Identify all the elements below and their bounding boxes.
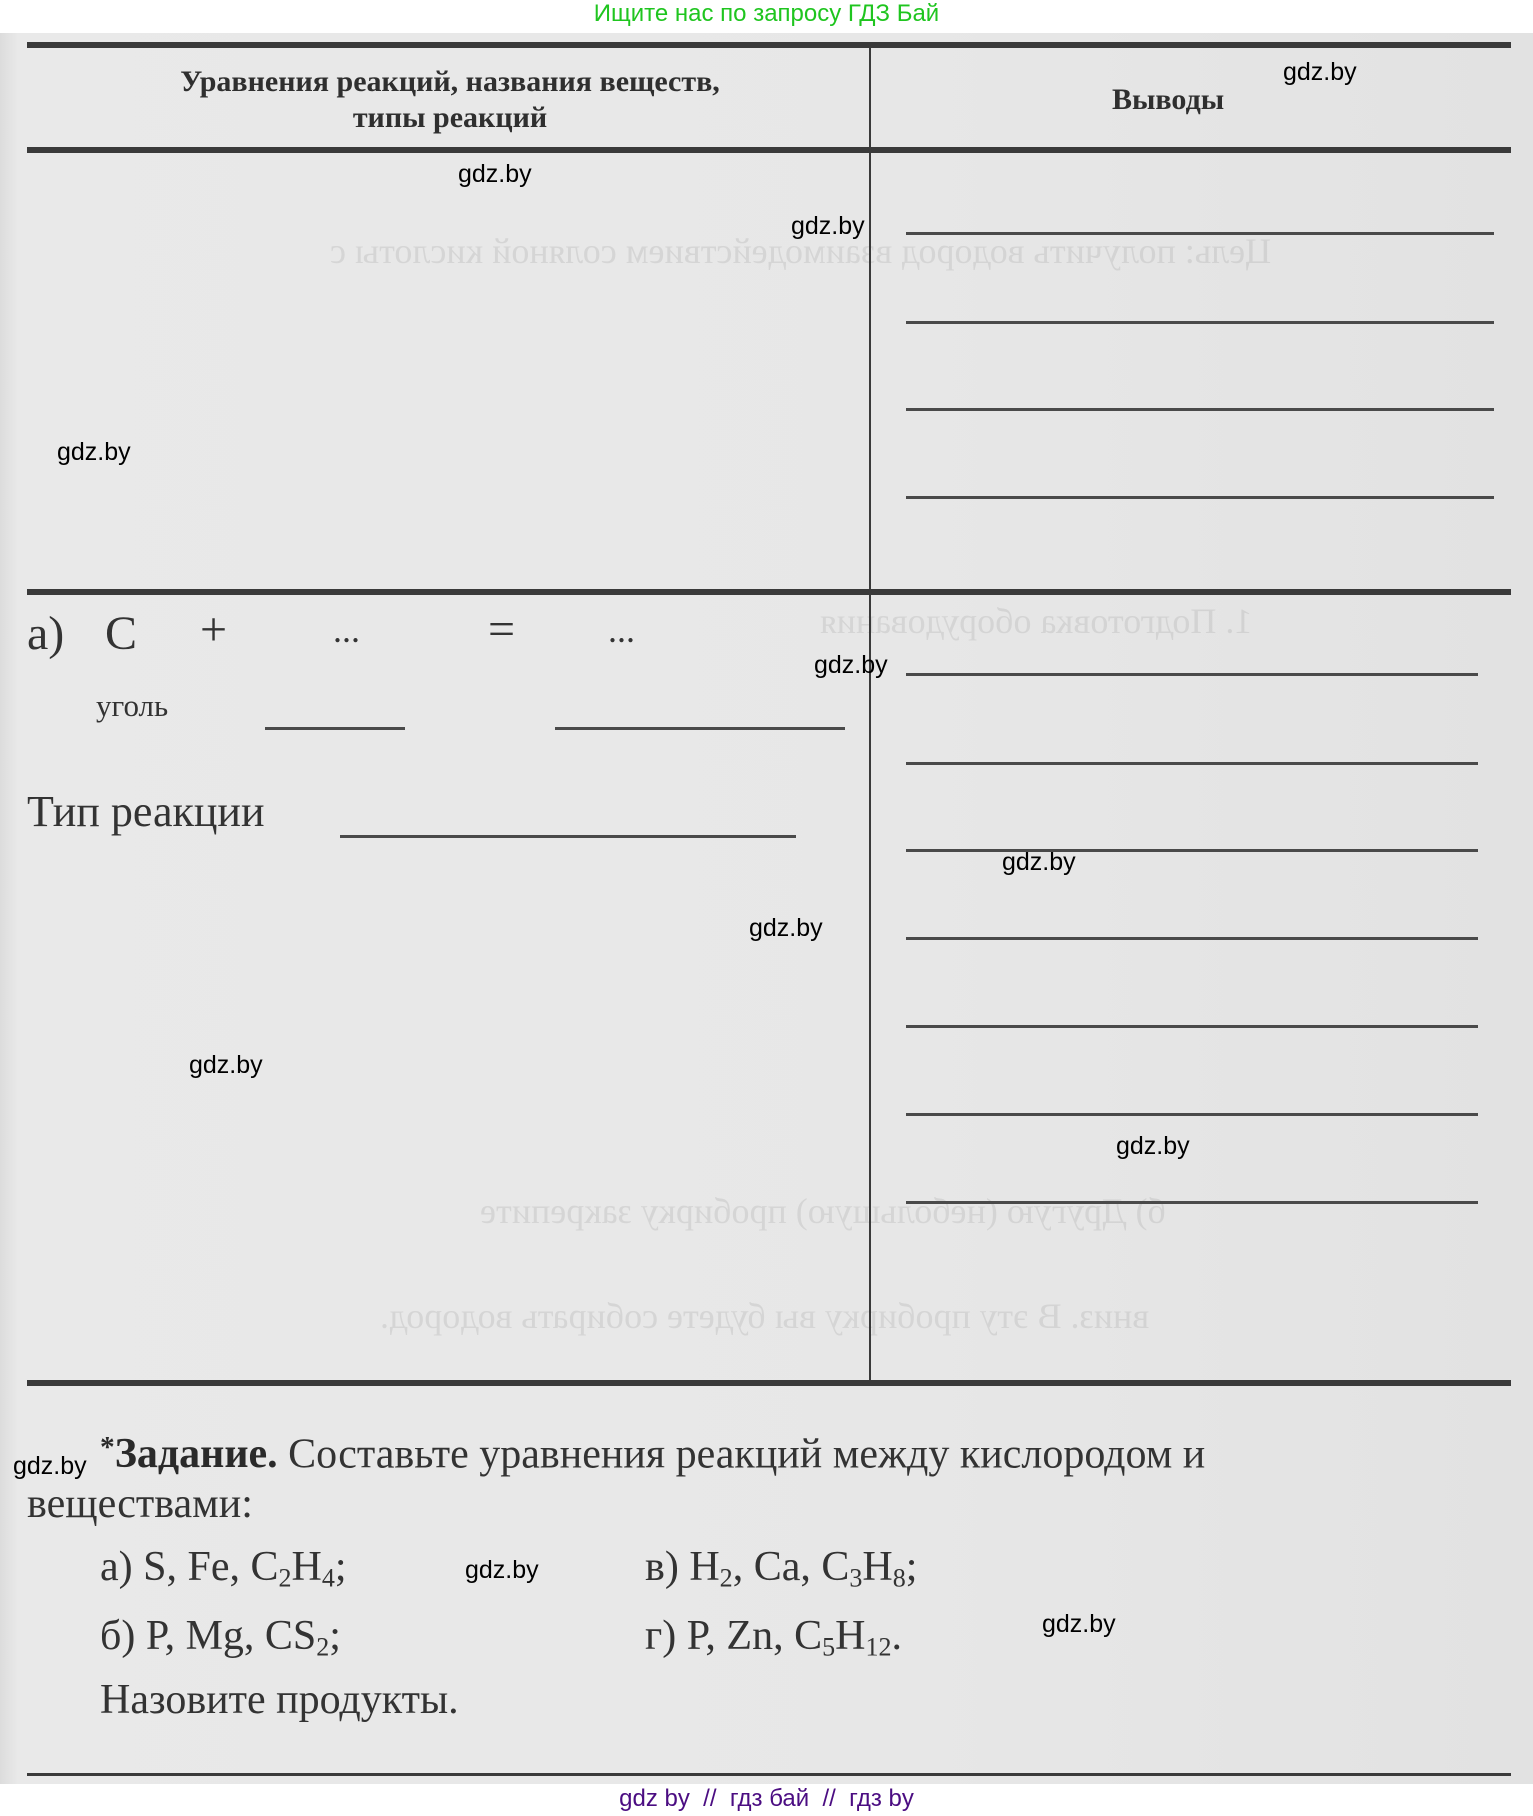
task-title: Задание.: [115, 1431, 278, 1477]
task-item-label: г): [645, 1613, 676, 1659]
watermark: gdz.by: [458, 160, 532, 188]
conclusion-answer-line[interactable]: [906, 321, 1494, 324]
watermark: gdz.by: [791, 212, 865, 240]
task-item-formula: S, Fe, C2H4;: [143, 1544, 346, 1590]
task-text-line-1: Составьте уравнения реакций между кислор…: [288, 1431, 1205, 1477]
watermark: gdz.by: [749, 914, 823, 942]
reaction-type-blank[interactable]: [340, 835, 796, 838]
equation-second-reactant: ...: [333, 604, 360, 656]
table-top-rule: [27, 42, 1511, 48]
equation-product: ...: [608, 604, 635, 656]
table-bottom-rule: [27, 1380, 1511, 1386]
header-line-2: типы реакций: [60, 100, 840, 136]
equation-reactant: C: [105, 608, 137, 660]
conclusion-answer-line[interactable]: [906, 1113, 1478, 1116]
task-item-label: б): [100, 1613, 135, 1659]
conclusion-answer-line[interactable]: [906, 232, 1494, 235]
watermark: gdz.by: [1283, 58, 1357, 86]
header-bottom-rule: [27, 147, 1511, 153]
conclusion-answer-line[interactable]: [906, 1201, 1478, 1204]
reactant-name: уголь: [96, 688, 168, 724]
watermark: gdz.by: [1042, 1610, 1116, 1638]
task-item-a: а) S, Fe, C2H4;: [100, 1543, 347, 1591]
watermark: gdz.by: [1116, 1132, 1190, 1160]
task-item-label: а): [100, 1544, 133, 1590]
conclusion-answer-line[interactable]: [906, 673, 1478, 676]
reaction-type-label: Тип реакции: [27, 786, 265, 838]
search-banner: Ищите нас по запросу ГДЗ Бай: [0, 0, 1533, 33]
task-closing: Назовите продукты.: [100, 1676, 459, 1724]
section-rule: [27, 589, 1511, 595]
header-line-1: Уравнения реакций, названия веществ,: [60, 64, 840, 100]
watermark: gdz.by: [57, 438, 131, 466]
task-item-v: в) H2, Ca, C3H8;: [645, 1543, 917, 1591]
watermark: gdz.by: [814, 651, 888, 679]
reactant-name-blank[interactable]: [265, 727, 405, 730]
equation-label: а): [27, 608, 64, 660]
task-item-g: г) P, Zn, C5H12.: [645, 1612, 902, 1660]
task-item-formula: H2, Ca, C3H8;: [689, 1544, 917, 1590]
task-star: *: [100, 1432, 115, 1464]
conclusion-answer-line[interactable]: [906, 849, 1478, 852]
conclusion-answer-line[interactable]: [906, 496, 1494, 499]
conclusion-answer-line[interactable]: [906, 1025, 1478, 1028]
column-header-conclusions: Выводы: [1112, 82, 1224, 118]
task-paragraph: *Задание. Составьте уравнения реакций ме…: [100, 1424, 1205, 1478]
footer-watermark: gdz by // гдз бай // гдз by: [0, 1784, 1533, 1816]
equation-plus: +: [200, 604, 227, 656]
product-name-blank[interactable]: [555, 727, 845, 730]
column-header-equations: Уравнения реакций, названия веществ, тип…: [60, 64, 840, 136]
watermark: gdz.by: [13, 1452, 87, 1480]
task-item-label: в): [645, 1544, 679, 1590]
conclusion-answer-line[interactable]: [906, 408, 1494, 411]
task-item-b: б) P, Mg, CS2;: [100, 1612, 341, 1660]
conclusion-answer-line[interactable]: [906, 937, 1478, 940]
conclusion-answer-line[interactable]: [906, 762, 1478, 765]
task-item-formula: P, Zn, C5H12.: [687, 1613, 902, 1659]
equation-equals: =: [488, 604, 515, 656]
watermark: gdz.by: [189, 1051, 263, 1079]
watermark: gdz.by: [1002, 848, 1076, 876]
watermark: gdz.by: [465, 1556, 539, 1584]
task-text-line-2: веществами:: [27, 1480, 253, 1528]
page-bottom-rule: [27, 1773, 1511, 1776]
task-item-formula: P, Mg, CS2;: [146, 1613, 341, 1659]
column-divider: [869, 42, 871, 1386]
